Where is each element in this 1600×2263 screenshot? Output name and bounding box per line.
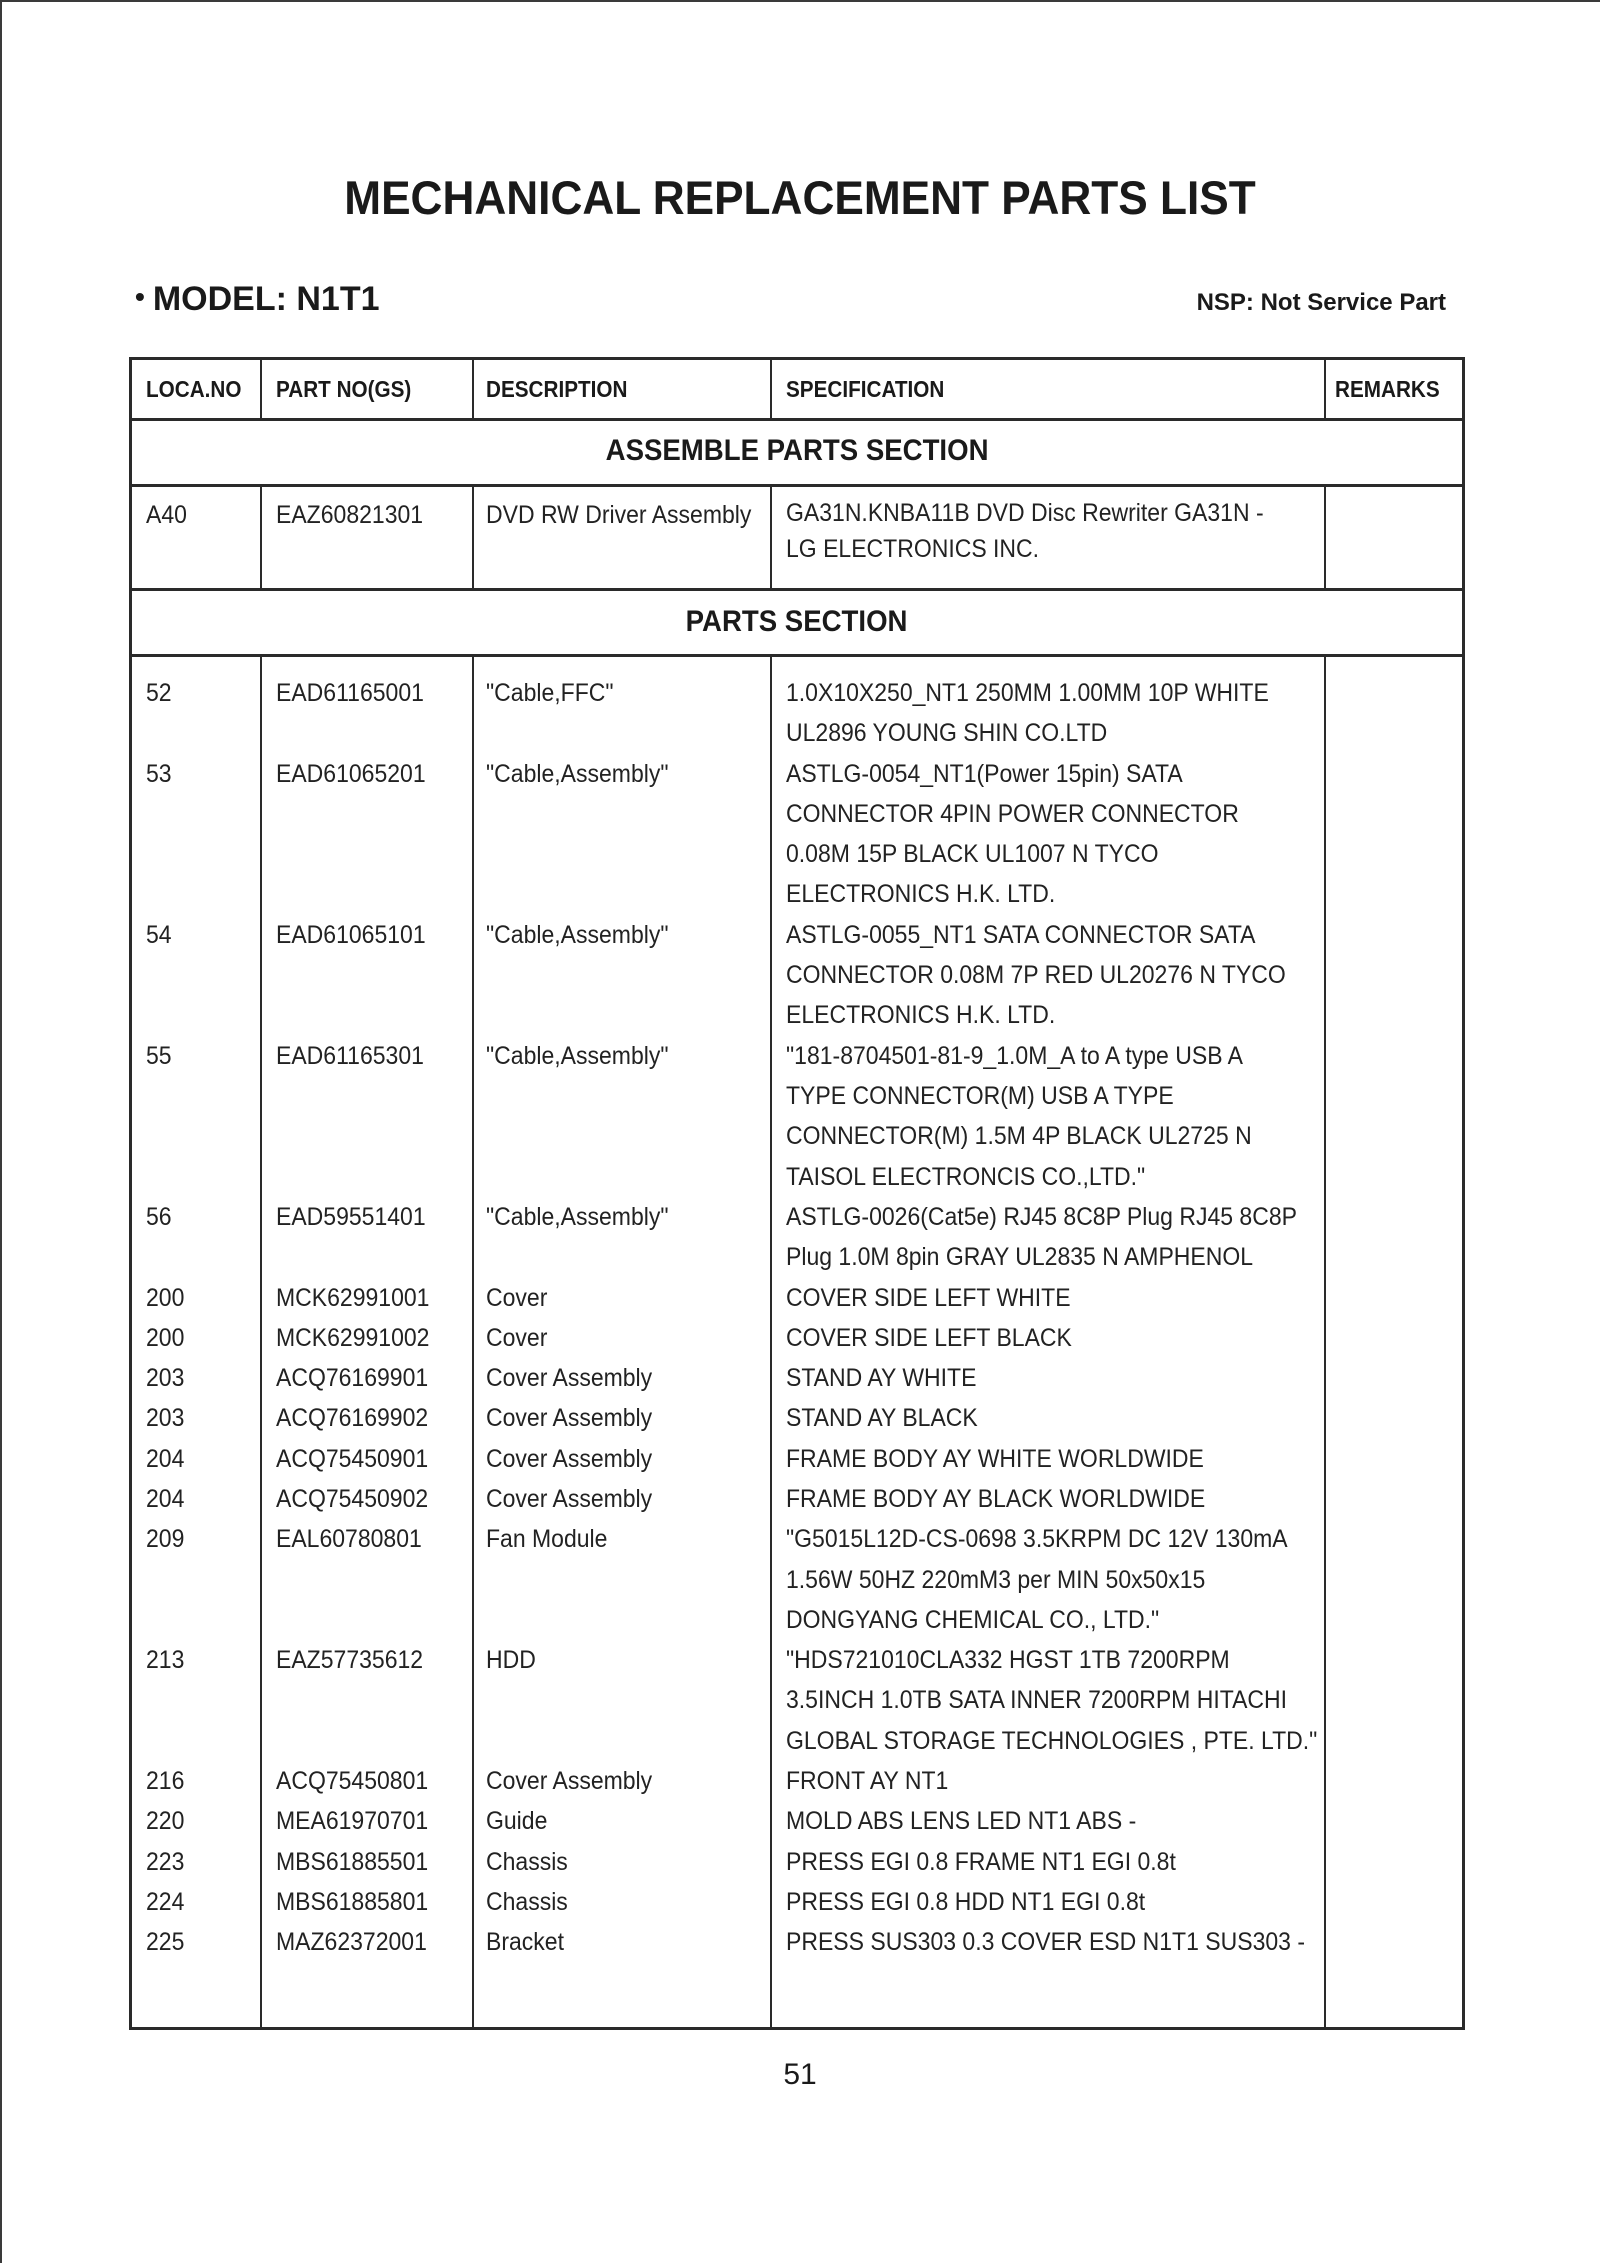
parts-table: LOCA.NO PART NO(GS) DESCRIPTION SPECIFIC… (129, 357, 1465, 2030)
cell-specification: ASTLG-0054_NT1(Power 15pin) SATA CONNECT… (786, 754, 1239, 915)
model-label: MODEL: N1T1 (153, 280, 380, 318)
cell-description: Cover Assembly (486, 1398, 652, 1438)
cell-part-no: ACQ75450902 (276, 1479, 428, 1519)
cell-loca-no: 204 (146, 1479, 184, 1519)
cell-part-no: MCK62991002 (276, 1318, 429, 1358)
header-description: DESCRIPTION (486, 360, 627, 418)
cell-specification: COVER SIDE LEFT BLACK (786, 1318, 1072, 1358)
cell-loca-no: A40 (146, 495, 187, 535)
cell-specification: STAND AY WHITE (786, 1358, 976, 1398)
cell-loca-no: 204 (146, 1439, 184, 1479)
page-title: MECHANICAL REPLACEMENT PARTS LIST (48, 170, 1552, 225)
cell-description: Cover (486, 1318, 547, 1358)
cell-description: Fan Module (486, 1519, 607, 1559)
cell-specification: MOLD ABS LENS LED NT1 ABS - (786, 1801, 1136, 1841)
cell-description: "Cable,Assembly" (486, 1197, 669, 1237)
cell-description: Bracket (486, 1922, 564, 1962)
column-divider (260, 487, 262, 588)
cell-specification: PRESS SUS303 0.3 COVER ESD N1T1 SUS303 - (786, 1922, 1305, 1962)
parts-section-title: PARTS SECTION (132, 605, 1462, 639)
cell-loca-no: 203 (146, 1398, 184, 1438)
column-divider (472, 657, 474, 2027)
row-divider (132, 588, 1462, 591)
cell-description: Chassis (486, 1842, 568, 1882)
column-divider (1324, 487, 1326, 588)
cell-part-no: MBS61885501 (276, 1842, 428, 1882)
cell-part-no: EAD59551401 (276, 1197, 426, 1237)
cell-loca-no: 220 (146, 1801, 184, 1841)
column-divider (770, 487, 772, 588)
column-divider (770, 657, 772, 2027)
cell-specification: FRAME BODY AY BLACK WORLDWIDE (786, 1479, 1205, 1519)
cell-description: HDD (486, 1640, 536, 1680)
assemble-section-title: ASSEMBLE PARTS SECTION (132, 434, 1462, 468)
cell-part-no: EAZ60821301 (276, 495, 423, 535)
cell-specification: "181-8704501-81-9_1.0M_A to A type USB A… (786, 1036, 1252, 1197)
cell-description: Guide (486, 1801, 547, 1841)
cell-specification: GA31N.KNBA11B DVD Disc Rewriter GA31N - … (786, 495, 1264, 567)
cell-loca-no: 209 (146, 1519, 184, 1559)
cell-loca-no: 54 (146, 915, 172, 955)
row-divider (132, 418, 1462, 421)
cell-description: Chassis (486, 1882, 568, 1922)
cell-part-no: ACQ75450801 (276, 1761, 428, 1801)
cell-loca-no: 200 (146, 1278, 184, 1318)
cell-part-no: EAD61065201 (276, 754, 426, 794)
cell-loca-no: 213 (146, 1640, 184, 1680)
cell-loca-no: 200 (146, 1318, 184, 1358)
cell-specification: STAND AY BLACK (786, 1398, 978, 1438)
cell-specification: PRESS EGI 0.8 FRAME NT1 EGI 0.8t (786, 1842, 1176, 1882)
cell-loca-no: 53 (146, 754, 172, 794)
cell-loca-no: 52 (146, 673, 172, 713)
cell-specification: FRAME BODY AY WHITE WORLDWIDE (786, 1439, 1204, 1479)
cell-specification: "HDS721010CLA332 HGST 1TB 7200RPM 3.5INC… (786, 1640, 1317, 1761)
row-divider (132, 484, 1462, 487)
page-number: 51 (0, 2058, 1600, 2092)
cell-loca-no: 55 (146, 1036, 172, 1076)
cell-description: Cover (486, 1278, 547, 1318)
header-part-no: PART NO(GS) (276, 360, 411, 418)
cell-part-no: EAD61165301 (276, 1036, 424, 1076)
cell-specification: COVER SIDE LEFT WHITE (786, 1278, 1071, 1318)
cell-loca-no: 225 (146, 1922, 184, 1962)
cell-specification: ASTLG-0026(Cat5e) RJ45 8C8P Plug RJ45 8C… (786, 1197, 1297, 1278)
cell-loca-no: 224 (146, 1882, 184, 1922)
cell-part-no: MEA61970701 (276, 1801, 428, 1841)
cell-part-no: ACQ76169902 (276, 1398, 428, 1438)
cell-part-no: EAD61165001 (276, 673, 424, 713)
bullet-icon: • (135, 281, 145, 312)
cell-specification: FRONT AY NT1 (786, 1761, 948, 1801)
cell-part-no: MCK62991001 (276, 1278, 429, 1318)
column-divider (472, 487, 474, 588)
cell-description: Cover Assembly (486, 1761, 652, 1801)
column-divider (260, 657, 262, 2027)
cell-description: Cover Assembly (486, 1439, 652, 1479)
cell-part-no: ACQ75450901 (276, 1439, 428, 1479)
header-loca-no: LOCA.NO (146, 360, 241, 418)
cell-description: "Cable,FFC" (486, 673, 614, 713)
nsp-legend: NSP: Not Service Part (1197, 289, 1446, 317)
cell-description: Cover Assembly (486, 1479, 652, 1519)
cell-loca-no: 56 (146, 1197, 172, 1237)
cell-specification: ASTLG-0055_NT1 SATA CONNECTOR SATA CONNE… (786, 915, 1286, 1036)
cell-part-no: EAL60780801 (276, 1519, 422, 1559)
cell-part-no: MAZ62372001 (276, 1922, 427, 1962)
cell-specification: PRESS EGI 0.8 HDD NT1 EGI 0.8t (786, 1882, 1145, 1922)
cell-part-no: EAD61065101 (276, 915, 426, 955)
cell-description: "Cable,Assembly" (486, 915, 669, 955)
cell-part-no: EAZ57735612 (276, 1640, 423, 1680)
cell-specification: "G5015L12D-CS-0698 3.5KRPM DC 12V 130mA … (786, 1519, 1288, 1640)
column-divider (1324, 360, 1326, 418)
cell-description: "Cable,Assembly" (486, 1036, 669, 1076)
cell-loca-no: 203 (146, 1358, 184, 1398)
header-remarks: REMARKS (1335, 360, 1440, 418)
cell-part-no: MBS61885801 (276, 1882, 428, 1922)
column-divider (260, 360, 262, 418)
cell-loca-no: 216 (146, 1761, 184, 1801)
model-label-line: •MODEL: N1T1 (135, 280, 380, 319)
column-divider (472, 360, 474, 418)
cell-part-no: ACQ76169901 (276, 1358, 428, 1398)
cell-description: Cover Assembly (486, 1358, 652, 1398)
cell-description: "Cable,Assembly" (486, 754, 669, 794)
row-divider (132, 654, 1462, 657)
cell-specification: 1.0X10X250_NT1 250MM 1.00MM 10P WHITE UL… (786, 673, 1269, 754)
cell-loca-no: 223 (146, 1842, 184, 1882)
header-specification: SPECIFICATION (786, 360, 944, 418)
column-divider (1324, 657, 1326, 2027)
column-divider (770, 360, 772, 418)
cell-description: DVD RW Driver Assembly (486, 495, 751, 535)
